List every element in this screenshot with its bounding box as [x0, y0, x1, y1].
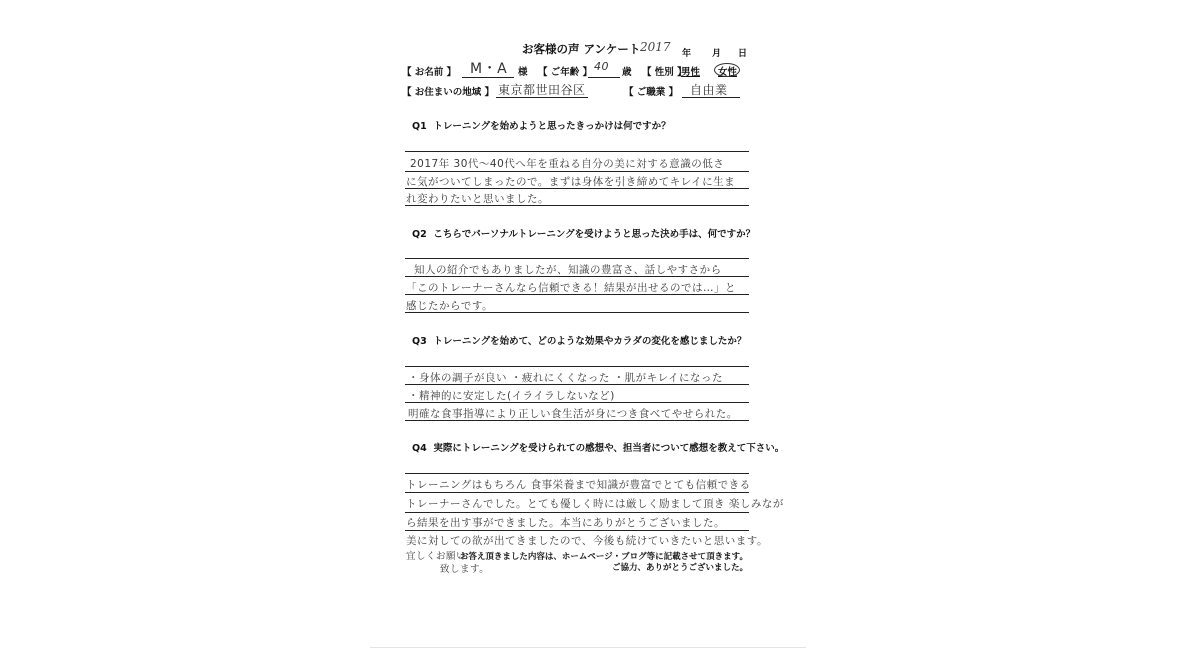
footer-thanks: ご協力、ありがとうございました。	[612, 561, 748, 573]
q1-text: トレーニングを始めようと思ったきっかけは何ですか？	[433, 121, 670, 132]
q1-rule-2	[405, 171, 749, 172]
name-value: M・A	[470, 58, 507, 78]
document-title: お客様の声 アンケート	[522, 41, 640, 57]
gender-option-male: 男性	[681, 64, 700, 78]
q3-rule-1	[405, 366, 749, 367]
q4-rule-2	[405, 492, 749, 493]
q3-question: Q3 トレーニングを始めて、どのような効果やカラダの変化を感じましたか？	[412, 333, 746, 347]
q4-answer-line-2: トレーナーさんでした。とても優しく時には厳しく励まして頂き 楽しみなが	[406, 496, 784, 511]
q1-question: Q1 トレーニングを始めようと思ったきっかけは何ですか？	[412, 118, 671, 132]
q4-rule-4	[405, 530, 749, 531]
q4-answer-line-5: 宜しくお願い	[406, 548, 466, 562]
date-month-label: 月	[712, 46, 721, 59]
q4-question: Q4 実際にトレーニングを受けられての感想や、担当者について感想を教えて下さい。	[412, 440, 784, 454]
date-year-value: 2017	[640, 40, 671, 54]
q2-number: Q2	[412, 229, 427, 240]
q1-rule-1	[405, 151, 749, 152]
q4-answer-line-6: 致します。	[440, 561, 489, 575]
q2-answer-line-1: 知人の紹介でもありましたが、知識の豊富さ、話しやすさから	[414, 262, 722, 277]
age-underline	[588, 77, 620, 78]
q2-text: こちらでパーソナルトレーニングを受けようと思った決め手は、何ですか？	[433, 229, 755, 240]
q4-rule-3	[405, 512, 749, 513]
age-label: 【 ご年齢 】	[538, 64, 592, 78]
area-label: 【 お住まいの地域 】	[402, 84, 494, 98]
q2-question: Q2 こちらでパーソナルトレーニングを受けようと思った決め手は、何ですか？	[412, 226, 755, 240]
q3-text: トレーニングを始めて、どのような効果やカラダの変化を感じましたか？	[433, 336, 746, 347]
questionnaire-sheet: お客様の声 アンケート 2017 年 月 日 【 お名前 】 M・A 様 【 ご…	[370, 0, 806, 648]
q3-number: Q3	[412, 336, 427, 347]
q1-answer-line-2: に気がついてしまったので。まずは身体を引き締めてキレイに生ま	[406, 174, 735, 189]
q1-number: Q1	[412, 121, 427, 132]
q1-answer-line-3: れ変わりたいと思いました。	[406, 191, 549, 206]
occupation-value: 自由業	[690, 81, 728, 98]
age-suffix: 歳	[622, 64, 632, 78]
q3-answer-line-1: ・身体の調子が良い ・疲れにくくなった ・肌がキレイになった	[408, 370, 723, 385]
name-label: 【 お名前 】	[402, 64, 456, 78]
name-suffix: 様	[518, 64, 528, 78]
q4-answer-line-4: 美に対しての欲が出てきましたので、今後も続けていきたいと思います。	[406, 533, 768, 548]
q4-rule-1	[405, 473, 749, 474]
q4-text: 実際にトレーニングを受けられての感想や、担当者について感想を教えて下さい。	[433, 443, 784, 454]
q3-answer-line-2: ・精神的に安定した(イライラしないなど)	[408, 388, 615, 403]
q3-answer-line-3: 明確な食事指導により正しい食生活が身につき食べてやせられた。	[408, 406, 738, 421]
q2-rule-1	[405, 258, 749, 259]
q2-answer-line-3: 感じたからです。	[406, 298, 493, 313]
occupation-label: 【 ご職業 】	[624, 84, 678, 98]
gender-label: 【 性別 】	[642, 64, 687, 78]
date-day-label: 日	[738, 46, 747, 59]
area-value: 東京都世田谷区	[498, 81, 586, 98]
q1-answer-line-1: 2017年 30代〜40代へ年を重ねる自分の美に対する意識の低さ	[410, 156, 724, 171]
age-value: 40	[594, 60, 609, 73]
date-year-label: 年	[682, 46, 691, 59]
q4-answer-line-3: ら結果を出す事ができました。本当にありがとうございました。	[406, 515, 725, 530]
q4-number: Q4	[412, 443, 427, 454]
q4-answer-line-1: トレーニングはもちろん 食事栄養まで知識が豊富でとても信頼できる	[406, 477, 751, 492]
gender-selected-circle	[714, 63, 740, 77]
q2-answer-line-2: 「このトレーナーさんなら信頼できる！結果が出せるのでは…」と	[406, 280, 736, 295]
